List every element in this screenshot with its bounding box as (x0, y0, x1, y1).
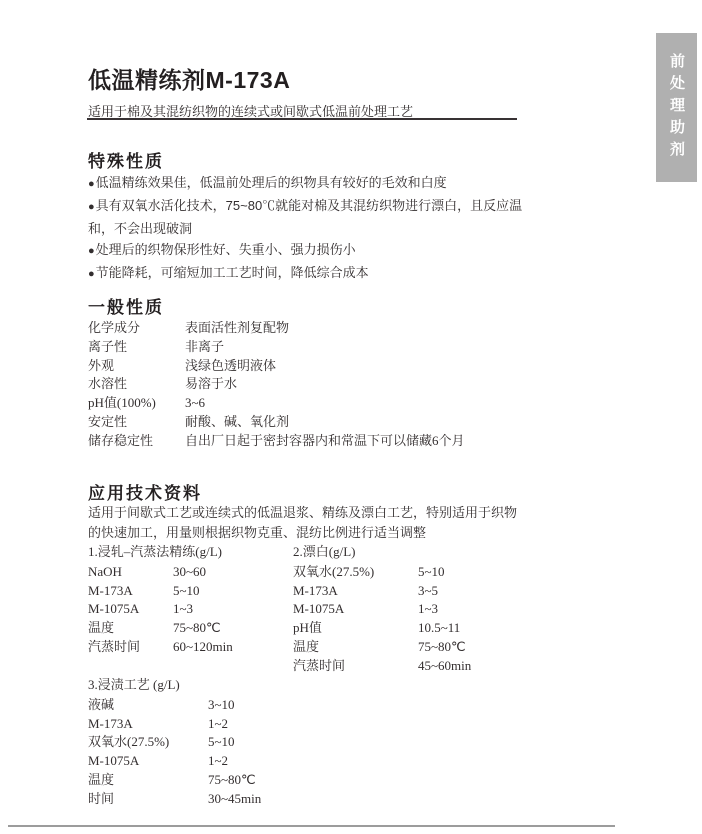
list-item-text: 处理后的织物保形性好、失重小、强力损伤小 (96, 242, 356, 257)
list-item: ●节能降耗，可缩短加工工艺时间，降低综合成本 (88, 262, 540, 285)
table-row: M-173A1~2 (88, 715, 328, 734)
bullet-icon: ● (88, 178, 95, 190)
property-label: 离子性 (88, 338, 185, 357)
param-label: 汽蒸时间 (293, 657, 418, 676)
param-value: 1~2 (208, 715, 228, 734)
property-label: 水溶性 (88, 375, 185, 394)
list-item: ●低温精练效果佳，低温前处理后的织物具有较好的毛效和白度 (88, 172, 540, 195)
bullet-icon: ● (88, 201, 95, 213)
table-row: 双氧水(27.5%)5~10 (88, 733, 328, 752)
process-title: 3.浸渍工艺 (g/L) (88, 676, 328, 695)
section-heading-application: 应用技术资料 (88, 479, 202, 504)
param-value: 10.5~11 (418, 619, 460, 638)
list-item-text: 节能降耗，可缩短加工工艺时间，降低综合成本 (96, 265, 369, 280)
table-row: 汽蒸时间60~120min (88, 638, 288, 657)
subtitle-divider (87, 118, 517, 120)
property-value: 3~6 (185, 394, 608, 413)
table-row: 温度75~80℃ (293, 638, 523, 657)
list-item: ●具有双氧水活化技术，75~80℃就能对棉及其混纺织物进行漂白，且反应温和，不会… (88, 195, 540, 239)
process-table-pad-steam-scouring: 1.浸轧–汽蒸法精练(g/L) NaOH30~60 M-173A5~10 M-1… (88, 543, 288, 657)
list-item: ●处理后的织物保形性好、失重小、强力损伤小 (88, 239, 540, 262)
table-row: 液碱3~10 (88, 696, 328, 715)
param-value: 5~10 (208, 733, 235, 752)
application-intro-line: 的快速加工，用量则根据织物克重、混纺比例进行适当调整 (88, 523, 578, 543)
table-row: 化学成分表面活性剂复配物 (88, 319, 608, 338)
application-intro: 适用于间歇式工艺或连续式的低温退浆、精练及漂白工艺，特别适用于织物 的快速加工，… (88, 503, 578, 543)
param-label: M-173A (293, 582, 418, 601)
category-side-tab: 前处理助剂 (656, 33, 697, 182)
table-row: pH值10.5~11 (293, 619, 523, 638)
table-row: 离子性非离子 (88, 338, 608, 357)
special-properties-list: ●低温精练效果佳，低温前处理后的织物具有较好的毛效和白度 ●具有双氧水活化技术，… (88, 172, 540, 285)
property-value: 易溶于水 (185, 375, 608, 394)
bullet-icon: ● (88, 268, 95, 280)
param-value: 1~2 (208, 752, 228, 771)
table-row: pH值(100%)3~6 (88, 394, 608, 413)
table-row: M-1075A1~2 (88, 752, 328, 771)
table-row: 安定性耐酸、碱、氧化剂 (88, 413, 608, 432)
param-value: 3~10 (208, 696, 235, 715)
bullet-icon: ● (88, 245, 95, 257)
section-heading-special-properties: 特殊性质 (88, 147, 164, 172)
param-value: 45~60min (418, 657, 471, 676)
param-value: 5~10 (418, 563, 445, 582)
table-row: M-173A5~10 (88, 582, 288, 601)
product-title: 低温精练剂M-173A (88, 62, 290, 95)
param-label: 双氧水(27.5%) (293, 563, 418, 582)
application-intro-line: 适用于间歇式工艺或连续式的低温退浆、精练及漂白工艺，特别适用于织物 (88, 503, 578, 523)
param-label: M-1075A (88, 600, 173, 619)
param-label: M-173A (88, 715, 208, 734)
table-row: M-1075A1~3 (88, 600, 288, 619)
process-title: 1.浸轧–汽蒸法精练(g/L) (88, 543, 288, 562)
table-row: 温度75~80℃ (88, 771, 328, 790)
param-value: 5~10 (173, 582, 200, 601)
param-value: 30~60 (173, 563, 206, 582)
property-value: 耐酸、碱、氧化剂 (185, 413, 608, 432)
param-value: 30~45min (208, 790, 261, 809)
category-side-tab-label: 前处理助剂 (669, 53, 684, 163)
table-row: 双氧水(27.5%)5~10 (293, 563, 523, 582)
param-label: 双氧水(27.5%) (88, 733, 208, 752)
property-label: 安定性 (88, 413, 185, 432)
table-row: M-1075A1~3 (293, 600, 523, 619)
table-row: 汽蒸时间45~60min (293, 657, 523, 676)
table-row: M-173A3~5 (293, 582, 523, 601)
table-row: 储存稳定性自出厂日起于密封容器内和常温下可以储藏6个月 (88, 432, 608, 451)
property-value: 非离子 (185, 338, 608, 357)
property-label: 储存稳定性 (88, 432, 185, 451)
param-label: 温度 (88, 619, 173, 638)
property-value: 浅绿色透明液体 (185, 357, 608, 376)
table-row: 外观浅绿色透明液体 (88, 357, 608, 376)
param-label: M-173A (88, 582, 173, 601)
param-label: 液碱 (88, 696, 208, 715)
section-heading-general-properties: 一般性质 (88, 293, 164, 318)
param-value: 75~80℃ (418, 638, 466, 657)
property-label: 外观 (88, 357, 185, 376)
param-label: pH值 (293, 619, 418, 638)
param-label: 温度 (88, 771, 208, 790)
process-table-dipping: 3.浸渍工艺 (g/L) 液碱3~10 M-173A1~2 双氧水(27.5%)… (88, 676, 328, 809)
footer-divider (8, 825, 615, 827)
table-row: 时间30~45min (88, 790, 328, 809)
param-label: 汽蒸时间 (88, 638, 173, 657)
param-value: 75~80℃ (173, 619, 221, 638)
param-label: 时间 (88, 790, 208, 809)
property-label: pH值(100%) (88, 394, 185, 413)
property-label: 化学成分 (88, 319, 185, 338)
property-value: 表面活性剂复配物 (185, 319, 608, 338)
datasheet-page: 前处理助剂 低温精练剂M-173A 适用于棉及其混纺织物的连续式或间歇式低温前处… (0, 0, 702, 834)
property-value: 自出厂日起于密封容器内和常温下可以储藏6个月 (185, 432, 608, 451)
param-value: 60~120min (173, 638, 233, 657)
param-label: NaOH (88, 563, 173, 582)
table-row: 温度75~80℃ (88, 619, 288, 638)
general-properties-table: 化学成分表面活性剂复配物 离子性非离子 外观浅绿色透明液体 水溶性易溶于水 pH… (88, 319, 608, 451)
table-row: NaOH30~60 (88, 563, 288, 582)
list-item-text: 低温精练效果佳，低温前处理后的织物具有较好的毛效和白度 (96, 175, 447, 190)
param-value: 75~80℃ (208, 771, 256, 790)
table-row: 水溶性易溶于水 (88, 375, 608, 394)
list-item-text: 具有双氧水活化技术，75~80℃就能对棉及其混纺织物进行漂白，且反应温和，不会出… (88, 198, 522, 236)
param-value: 1~3 (173, 600, 193, 619)
param-label: M-1075A (88, 752, 208, 771)
param-value: 3~5 (418, 582, 438, 601)
param-label: 温度 (293, 638, 418, 657)
process-table-bleaching: 2.漂白(g/L) 双氧水(27.5%)5~10 M-173A3~5 M-107… (293, 543, 523, 676)
process-title: 2.漂白(g/L) (293, 543, 523, 562)
param-value: 1~3 (418, 600, 438, 619)
param-label: M-1075A (293, 600, 418, 619)
